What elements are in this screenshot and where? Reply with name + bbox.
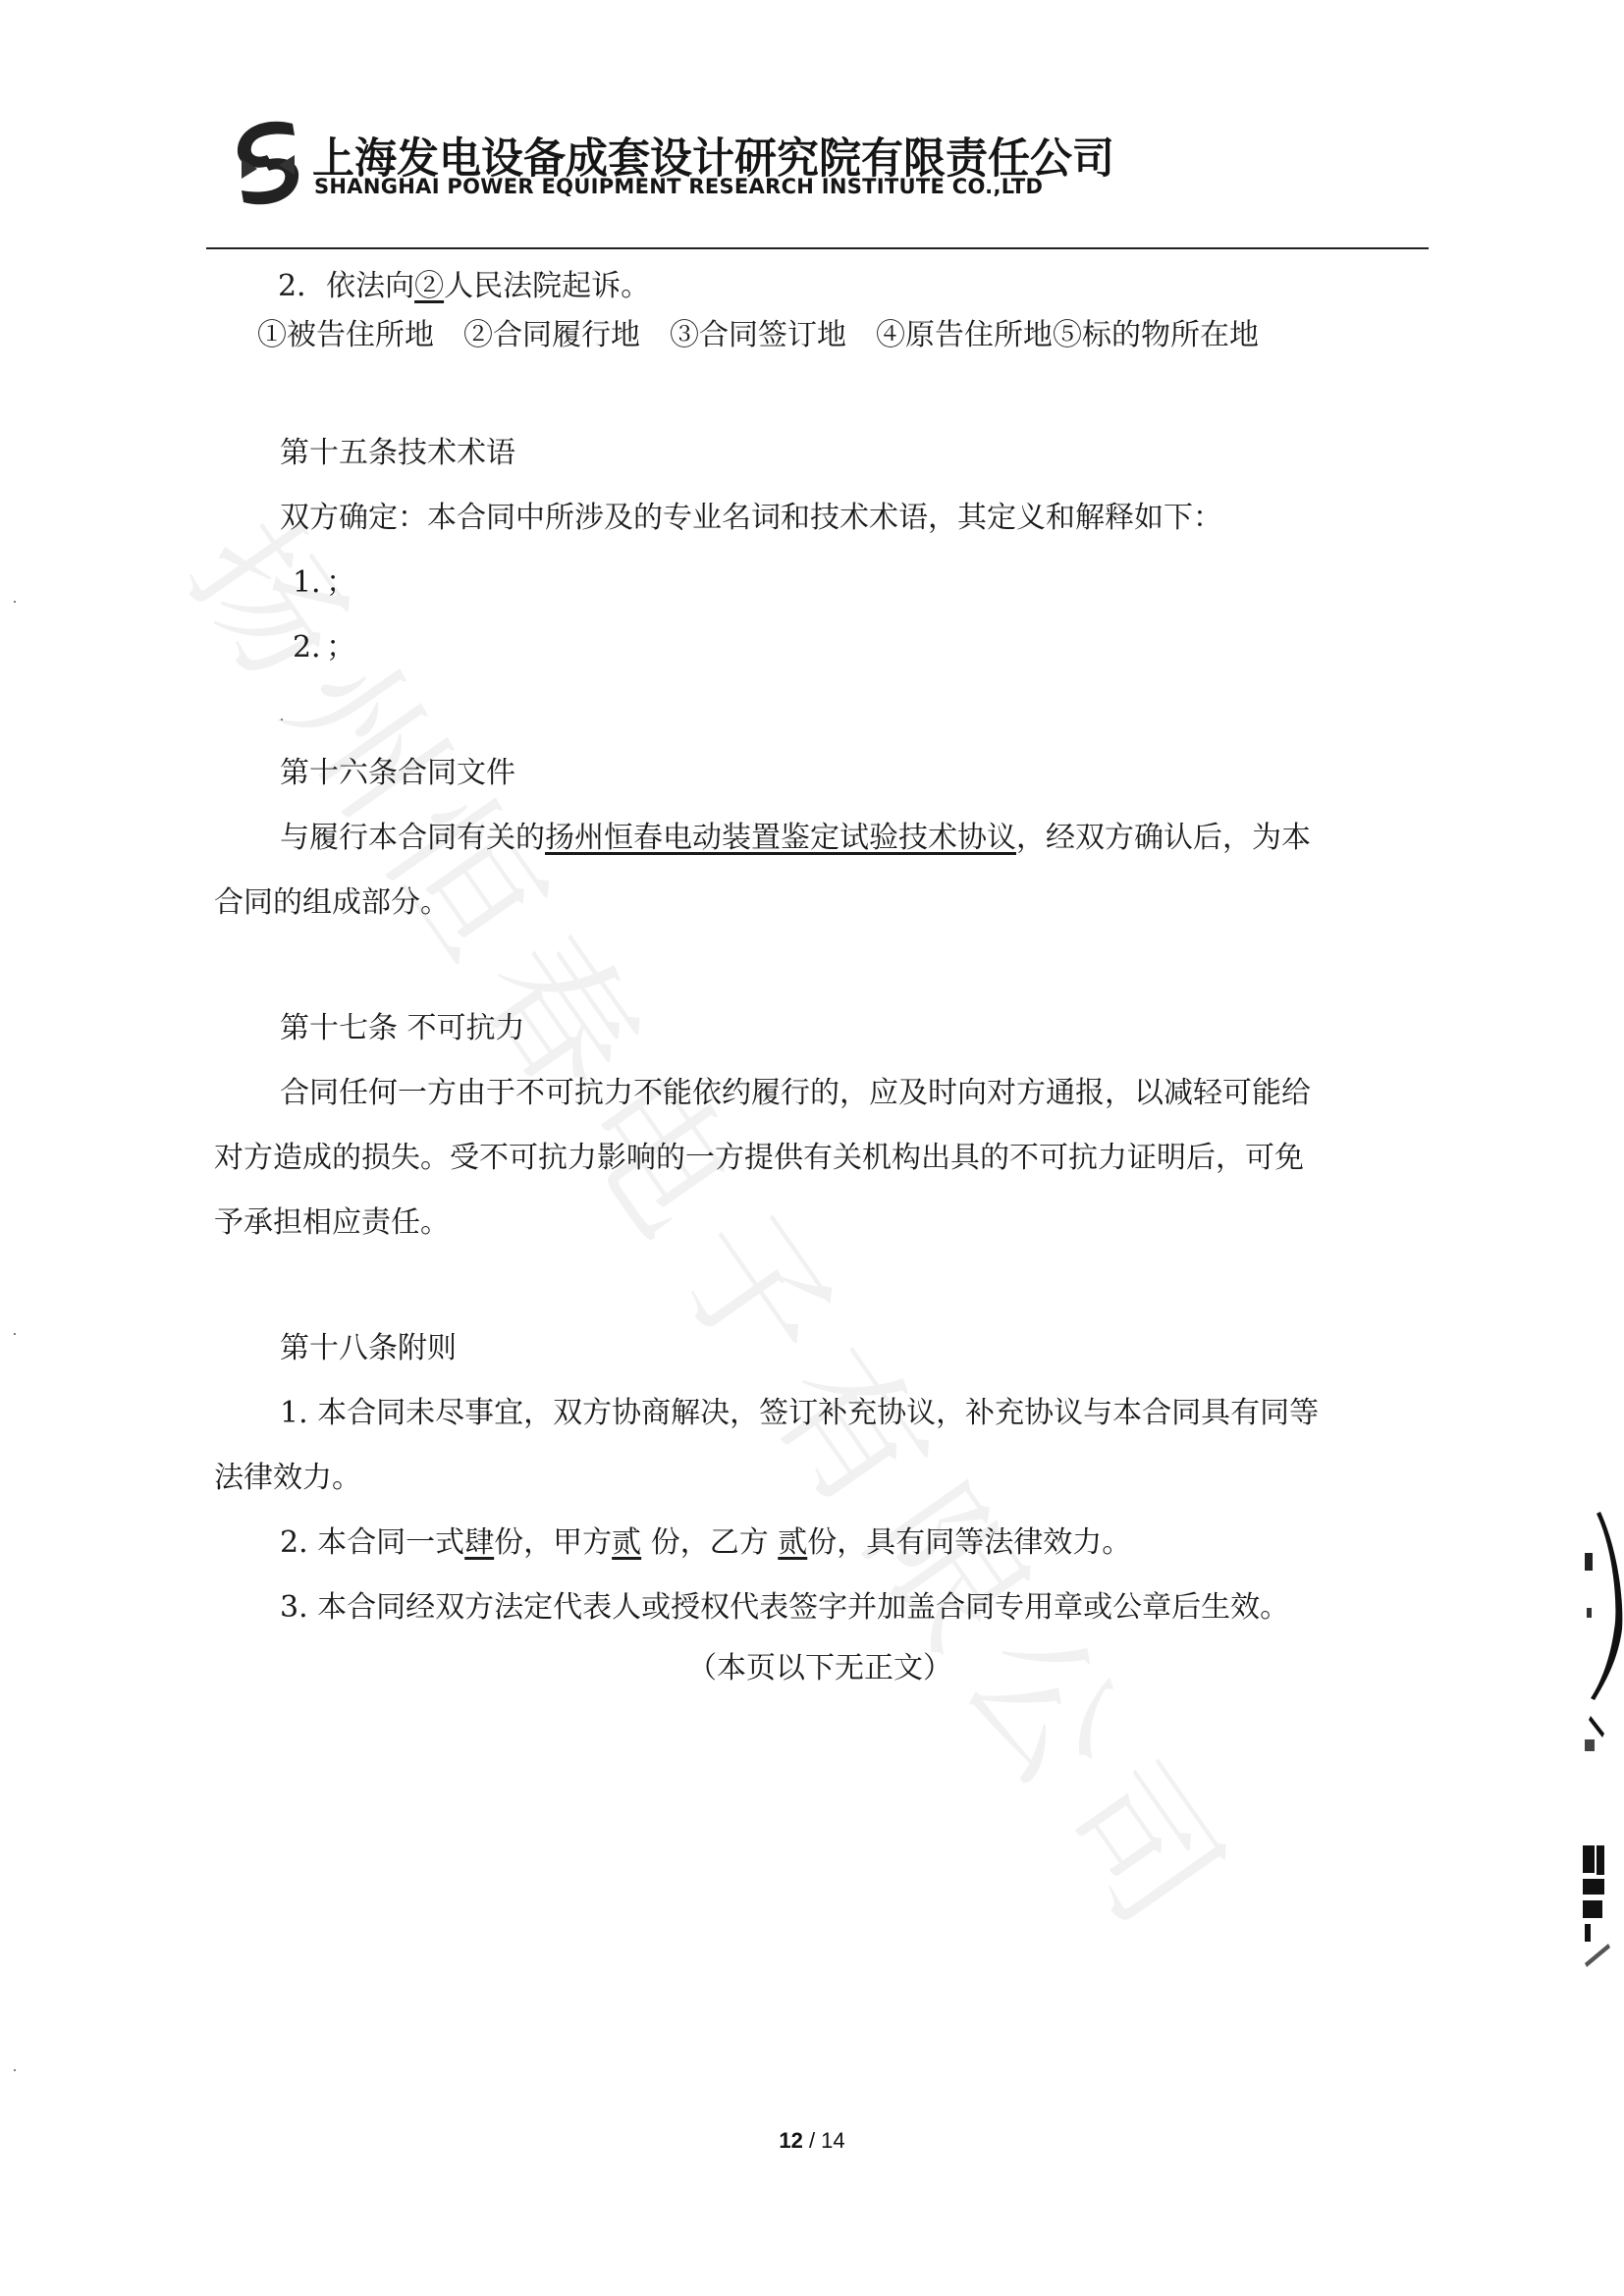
copies-party-b: 贰 <box>778 1525 807 1560</box>
copies-total: 肆 <box>464 1525 494 1560</box>
referenced-agreement: 扬州恒春电动装置鉴定试验技术协议 <box>545 821 1016 855</box>
article17-line-1: 合同任何一方由于不可抗力不能依约履行的，应及时向对方通报，以减轻可能给 <box>280 1076 1311 1111</box>
page-number: 12 / 14 <box>0 2128 1624 2154</box>
scan-speck <box>14 1333 16 1335</box>
jurisdiction-clause: 2．依法向②人民法院起诉。 <box>278 269 650 304</box>
header-divider <box>206 247 1429 249</box>
court-choice: ② <box>414 269 444 303</box>
article18-clause2: 2. 本合同一式肆份，甲方贰 份，乙方 贰份，具有同等法律效力。 <box>280 1525 1131 1561</box>
jurisdiction-options: ①被告住所地 ②合同履行地 ③合同签订地 ④原告住所地⑤标的物所在地 <box>257 318 1259 353</box>
article15-title: 第十五条技术术语 <box>280 436 515 471</box>
scan-speck <box>14 601 16 603</box>
document-page: 扬州恒春电子有限公司 上海发电设备成套设计研究院有限责任公司 SHANGHAI … <box>0 0 1624 2296</box>
scan-speck <box>14 2069 16 2071</box>
seam-stamp-fragment <box>1571 1512 1624 2140</box>
article17-line-2: 对方造成的损失。受不可抗力影响的一方提供有关机构出具的不可抗力证明后，可免 <box>214 1141 1304 1176</box>
scan-speck <box>281 719 283 721</box>
article17-line-3: 予承担相应责任。 <box>214 1205 450 1241</box>
article18-clause1: 1. 本合同未尽事宜，双方协商解决，签订补充协议，补充协议与本合同具有同等 <box>280 1396 1319 1431</box>
company-logo-icon <box>224 116 312 210</box>
end-note: （本页以下无正文） <box>687 1651 952 1686</box>
copies-party-a: 贰 <box>612 1525 641 1560</box>
article17-title: 第十七条 不可抗力 <box>280 1011 525 1046</box>
article15-item-1: 1．； <box>293 565 355 601</box>
article15-item-2: 2．； <box>293 630 355 666</box>
article18-title: 第十八条附则 <box>280 1331 457 1366</box>
article16-title: 第十六条合同文件 <box>280 756 515 791</box>
current-page: 12 <box>779 2128 802 2153</box>
company-name-en: SHANGHAI POWER EQUIPMENT RESEARCH INSTIT… <box>314 175 1043 198</box>
article15-intro: 双方确定：本合同中所涉及的专业名词和技术术语，其定义和解释如下： <box>280 501 1222 536</box>
article18-clause3: 3. 本合同经双方法定代表人或授权代表签字并加盖合同专用章或公章后生效。 <box>280 1590 1289 1626</box>
article16-text-line2: 合同的组成部分。 <box>214 885 450 921</box>
total-pages: 14 <box>821 2128 844 2153</box>
article18-clause1-line2: 法律效力。 <box>214 1461 361 1496</box>
article16-text: 与履行本合同有关的扬州恒春电动装置鉴定试验技术协议，经双方确认后，为本 <box>280 821 1311 856</box>
